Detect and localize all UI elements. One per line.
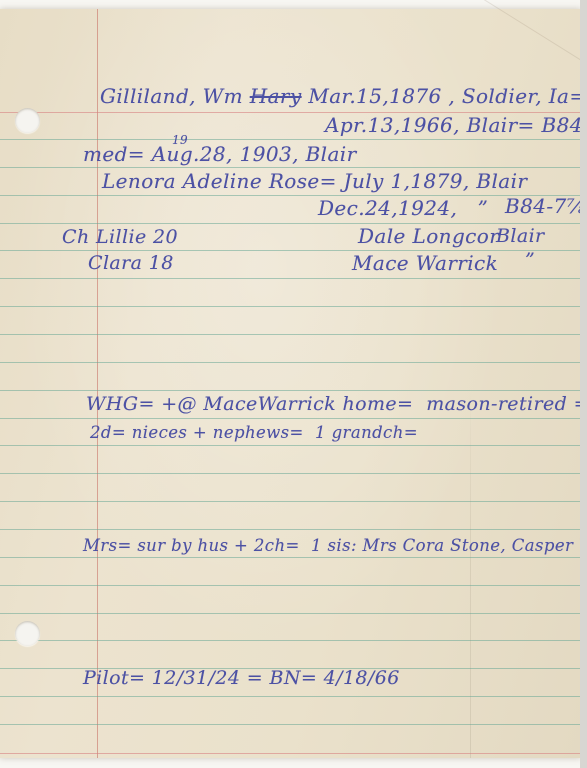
- teal-rule-line: [0, 418, 581, 419]
- child-1-name-age: Ch Lillie 20: [62, 226, 178, 248]
- child-2-residence-ditto: ”: [525, 249, 535, 271]
- teal-rule-line: [0, 473, 581, 474]
- teal-rule-line: [0, 613, 581, 614]
- teal-rule-line: [0, 167, 581, 168]
- teal-rule-line: [0, 306, 581, 307]
- struck-middle-name: Hary: [250, 84, 302, 108]
- teal-rule-line: [0, 696, 581, 697]
- child-2-spouse: Mace Warrick: [352, 251, 498, 275]
- entry-wife-death-date: Dec.24,1924, ”: [318, 196, 488, 220]
- teal-rule-line: [0, 501, 581, 502]
- child-1-spouse: Dale Longcor: [358, 224, 499, 248]
- child-1-residence: Blair: [496, 225, 545, 247]
- corner-fold-crease: [451, 0, 587, 96]
- teal-rule-line: [0, 139, 581, 140]
- teal-rule-line: [0, 362, 581, 363]
- teal-rule-line: [0, 445, 581, 446]
- entry-wife-cemetery-ref: B84-7⅞: [505, 194, 586, 218]
- teal-rule-line: [0, 724, 581, 725]
- note-newspaper-sources: Pilot= 12/31/24 = BN= 4/18/66: [83, 667, 400, 689]
- teal-rule-line: [0, 390, 581, 391]
- entry-wife-name-birth: Lenora Adeline Rose= July 1,1879, Blair: [102, 169, 527, 193]
- pink-rule-line: [0, 753, 581, 754]
- note-survivors-husband: 2d= nieces + nephews= 1 grandch=: [90, 423, 418, 442]
- teal-rule-line: [0, 195, 581, 196]
- punch-hole-top: [15, 108, 40, 133]
- photo-edge-right: [580, 0, 587, 768]
- teal-rule-line: [0, 585, 581, 586]
- teal-rule-line: [0, 557, 581, 558]
- husband-birth: Mar.15,1876 , Soldier, Ia=: [302, 84, 587, 108]
- teal-rule-line: [0, 529, 581, 530]
- entry-husband-name-birth: Gilliland, Wm Hary Mar.15,1876 , Soldier…: [100, 84, 587, 108]
- red-margin-line: [97, 9, 98, 758]
- note-survivors-wife: Mrs= sur by hus + 2ch= 1 sis: Mrs Cora S…: [83, 536, 587, 555]
- teal-rule-line: [0, 278, 581, 279]
- punch-hole-bottom: [15, 621, 40, 646]
- entry-marriage: med= Aug.28, 1903, Blair: [83, 142, 357, 166]
- husband-name: Gilliland, Wm: [100, 84, 250, 108]
- teal-rule-line: [0, 640, 581, 641]
- entry-husband-death: Apr.13,1966, Blair= B84-7 ½: [325, 113, 587, 137]
- teal-rule-line: [0, 334, 581, 335]
- note-husband-obit: WHG= +@ MaceWarrick home= mason-retired …: [86, 393, 587, 415]
- child-2-name-age: Clara 18: [88, 252, 174, 274]
